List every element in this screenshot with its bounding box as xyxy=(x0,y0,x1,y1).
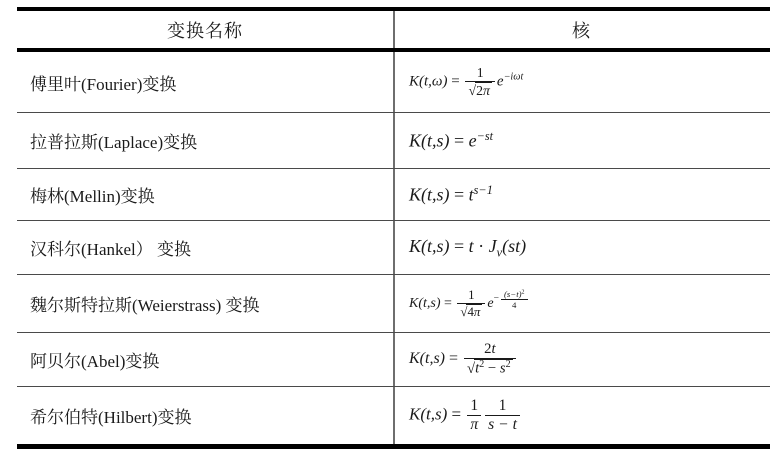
kernel-formula: K(t,s) = 2t√t2 − s2 xyxy=(409,341,518,377)
transform-name-cell: 拉普拉斯(Laplace)变换 xyxy=(17,113,395,168)
kernel-formula: K(t,s) = t · Jv(st) xyxy=(409,237,526,259)
table-row: 梅林(Mellin)变换K(t,s) = ts−1 xyxy=(17,169,770,221)
document-page: 变换名称 核 傅里叶(Fourier)变换K(t,ω) = 1√2πe−iωt拉… xyxy=(0,0,784,455)
kernel-formula: K(t,s) = 1π1s − t xyxy=(409,397,522,434)
kernel-cell: K(t,s) = 1√4πe−(s−t)24 xyxy=(395,275,768,332)
transform-name: 阿贝尔(Abel)变换 xyxy=(30,347,159,372)
kernel-formula: K(t,ω) = 1√2πe−iωt xyxy=(409,65,523,99)
transform-name: 梅林(Mellin)变换 xyxy=(30,182,155,207)
transform-name-cell: 傅里叶(Fourier)变换 xyxy=(17,52,395,112)
table-row: 汉科尔(Hankel） 变换K(t,s) = t · Jv(st) xyxy=(17,221,770,275)
header-cell-transform-name: 变换名称 xyxy=(17,11,395,48)
square-root: √4π xyxy=(460,304,482,320)
transform-name: 魏尔斯特拉斯(Weierstrass) 变换 xyxy=(30,291,260,316)
fraction: 1√4π xyxy=(457,288,485,320)
transform-name: 拉普拉斯(Laplace)变换 xyxy=(30,128,197,153)
fraction: 1s − t xyxy=(485,397,520,434)
square-root: √t2 − s2 xyxy=(467,359,513,377)
kernel-formula: K(t,s) = ts−1 xyxy=(409,184,493,206)
header-cell-kernel: 核 xyxy=(395,11,768,48)
square-root: √2π xyxy=(468,82,491,99)
kernel-cell: K(t,s) = e−st xyxy=(395,113,768,168)
kernel-cell: K(t,s) = 2t√t2 − s2 xyxy=(395,333,768,386)
fraction: 1√2π xyxy=(465,65,494,99)
table-body: 傅里叶(Fourier)变换K(t,ω) = 1√2πe−iωt拉普拉斯(Lap… xyxy=(17,52,770,444)
transform-name: 傅里叶(Fourier)变换 xyxy=(30,70,176,95)
transform-name-cell: 梅林(Mellin)变换 xyxy=(17,169,395,220)
fraction: 1π xyxy=(467,397,481,434)
table-row: 拉普拉斯(Laplace)变换K(t,s) = e−st xyxy=(17,113,770,169)
table-row: 魏尔斯特拉斯(Weierstrass) 变换K(t,s) = 1√4πe−(s−… xyxy=(17,275,770,333)
kernel-cell: K(t,ω) = 1√2πe−iωt xyxy=(395,52,768,112)
kernel-cell: K(t,s) = 1π1s − t xyxy=(395,387,768,444)
transform-kernel-table: 变换名称 核 傅里叶(Fourier)变换K(t,ω) = 1√2πe−iωt拉… xyxy=(17,7,770,449)
fraction: (s−t)24 xyxy=(501,289,528,310)
transform-name: 希尔伯特(Hilbert)变换 xyxy=(30,403,191,428)
kernel-cell: K(t,s) = t · Jv(st) xyxy=(395,221,768,274)
transform-name-cell: 汉科尔(Hankel） 变换 xyxy=(17,221,395,274)
kernel-formula: K(t,s) = e−st xyxy=(409,130,493,152)
transform-name-cell: 希尔伯特(Hilbert)变换 xyxy=(17,387,395,444)
fraction: 2t√t2 − s2 xyxy=(464,341,516,377)
table-row: 阿贝尔(Abel)变换K(t,s) = 2t√t2 − s2 xyxy=(17,333,770,387)
table-header-row: 变换名称 核 xyxy=(17,11,770,52)
table-row: 希尔伯特(Hilbert)变换K(t,s) = 1π1s − t xyxy=(17,387,770,444)
kernel-formula: K(t,s) = 1√4πe−(s−t)24 xyxy=(409,288,530,320)
transform-name: 汉科尔(Hankel） 变换 xyxy=(30,235,191,260)
transform-name-cell: 魏尔斯特拉斯(Weierstrass) 变换 xyxy=(17,275,395,332)
kernel-cell: K(t,s) = ts−1 xyxy=(395,169,768,220)
transform-name-cell: 阿贝尔(Abel)变换 xyxy=(17,333,395,386)
table-row: 傅里叶(Fourier)变换K(t,ω) = 1√2πe−iωt xyxy=(17,52,770,113)
